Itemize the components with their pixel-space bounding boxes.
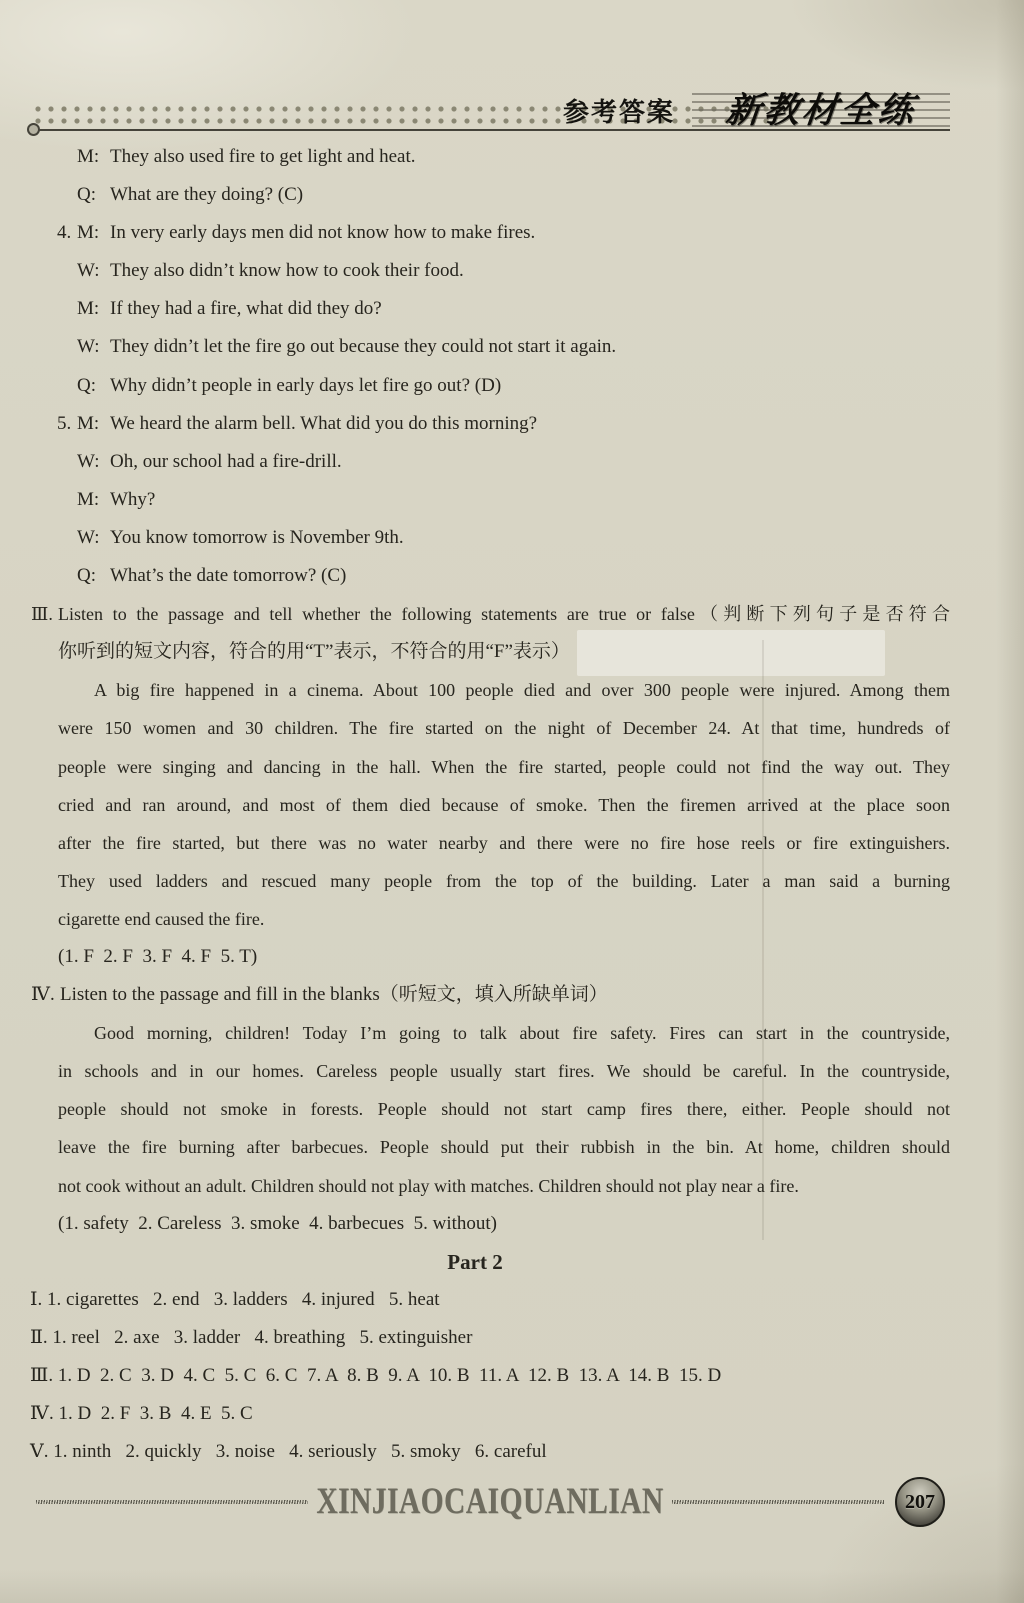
dialogue-text: If they had a fire, what did they do?: [110, 298, 382, 319]
part2-answer-row: Ⅴ. 1. ninth 2. quickly 3. noise 4. serio…: [0, 1433, 1024, 1471]
section4-heading: Ⅳ.Listen to the passage and fill in the …: [0, 976, 1024, 1014]
part2-answer-row: Ⅰ. 1. cigarettes 2. end 3. ladders 4. in…: [0, 1281, 1024, 1319]
section4-roman-numeral: Ⅳ.: [31, 976, 55, 1014]
dialogue-text: We heard the alarm bell. What did you do…: [110, 413, 537, 434]
section4-heading-text: Listen to the passage and fill in the bl…: [60, 984, 608, 1005]
passage-line: not cook without an adult. Children shou…: [0, 1167, 1024, 1205]
passage-line: leave the fire burning after barbecues. …: [0, 1128, 1024, 1166]
section4-answers: (1. safety 2. Careless 3. smoke 4. barbe…: [0, 1205, 1024, 1243]
speaker-label: W:: [77, 328, 100, 366]
footer-brand: XINJIAOCAIQUANLIAN: [310, 1481, 671, 1521]
passage-line: after the fire started, but there was no…: [0, 824, 1024, 862]
answer-key-label: 参考答案: [563, 97, 675, 127]
book-brand-logo: 新教材全练: [692, 93, 950, 133]
passage-line: cried and ran around, and most of them d…: [0, 786, 1024, 824]
section3-answers: (1. F 2. F 3. F 4. F 5. T): [0, 938, 1024, 976]
dialogue-text: Why didn’t people in early days let fire…: [110, 375, 501, 396]
dialogue-text: What’s the date tomorrow? (C): [110, 565, 346, 586]
footer-rule-right: [672, 1500, 884, 1504]
speaker-label: M:: [77, 214, 99, 252]
passage-line: in schools and in our homes. Careless pe…: [0, 1052, 1024, 1090]
footer-rule-left: [36, 1500, 308, 1504]
dialogue-line: M:If they had a fire, what did they do?: [0, 290, 1024, 328]
section3-heading-continued: 你听到的短文内容，符合的用“T”表示，不符合的用“F”表示）: [0, 633, 1024, 671]
dialogue-text: They also used fire to get light and hea…: [110, 146, 416, 167]
part2-answer-row: Ⅳ. 1. D 2. F 3. B 4. E 5. C: [0, 1395, 1024, 1433]
speaker-label: W:: [77, 252, 100, 290]
speaker-label: Q:: [77, 176, 96, 214]
item-number: 4.: [57, 214, 71, 252]
part2-answer-row: Ⅲ. 1. D 2. C 3. D 4. C 5. C 6. C 7. A 8.…: [0, 1357, 1024, 1395]
answer-key-page: 参考答案 新教材全练 M:They also used fire to get …: [0, 0, 1024, 1603]
passage-line: people should not smoke in forests. Peop…: [0, 1090, 1024, 1128]
passage-line: were 150 women and 30 children. The fire…: [0, 709, 1024, 747]
dialogue-line: M:Why?: [0, 481, 1024, 519]
dialogue-line: W:Oh, our school had a fire-drill.: [0, 443, 1024, 481]
dialogue-line: 5.M:We heard the alarm bell. What did yo…: [0, 405, 1024, 443]
part2-answer-row: Ⅱ. 1. reel 2. axe 3. ladder 4. breathing…: [0, 1319, 1024, 1357]
section3-heading-text: Listen to the passage and tell whether t…: [58, 604, 950, 624]
speaker-label: Q:: [77, 557, 96, 595]
part2-title: Part 2: [0, 1243, 1024, 1281]
dialogue-text: Why?: [110, 489, 155, 510]
dialogue-line: Q:Why didn’t people in early days let fi…: [0, 367, 1024, 405]
dialogue-line: Q:What’s the date tomorrow? (C): [0, 557, 1024, 595]
page-number: 207: [905, 1491, 935, 1514]
dialogue-line: 4.M:In very early days men did not know …: [0, 214, 1024, 252]
dialogue-text: In very early days men did not know how …: [110, 222, 535, 243]
dialogue-line: W:They didn’t let the fire go out becaus…: [0, 328, 1024, 366]
page-content: M:They also used fire to get light and h…: [0, 138, 1024, 1471]
page-number-badge: 207: [895, 1477, 945, 1527]
item-number: 5.: [57, 405, 71, 443]
speaker-label: W:: [77, 443, 100, 481]
passage-line: cigarette end caused the fire.: [0, 900, 1024, 938]
speaker-label: M:: [77, 481, 99, 519]
dialogue-line: W:They also didn’t know how to cook thei…: [0, 252, 1024, 290]
dialogue-text: What are they doing? (C): [110, 184, 303, 205]
book-brand-logo-text: 新教材全练: [724, 91, 918, 131]
dialogue-text: They also didn’t know how to cook their …: [110, 260, 464, 281]
passage-line: people were singing and dancing in the h…: [0, 748, 1024, 786]
passage-line: They used ladders and rescued many peopl…: [0, 862, 1024, 900]
speaker-label: Q:: [77, 367, 96, 405]
dialogue-line: W:You know tomorrow is November 9th.: [0, 519, 1024, 557]
dialogue-text: You know tomorrow is November 9th.: [110, 527, 404, 548]
passage-line: A big fire happened in a cinema. About 1…: [0, 671, 1024, 709]
passage-line: Good morning, children! Today I’m going …: [0, 1014, 1024, 1052]
section3-roman-numeral: Ⅲ.: [31, 595, 53, 633]
dialogue-text: They didn’t let the fire go out because …: [110, 336, 616, 357]
speaker-label: W:: [77, 519, 100, 557]
dialogue-text: Oh, our school had a fire-drill.: [110, 451, 342, 472]
speaker-label: M:: [77, 138, 99, 176]
header-rule-knob: [27, 123, 40, 136]
speaker-label: M:: [77, 405, 99, 443]
dialogue-line: Q:What are they doing? (C): [0, 176, 1024, 214]
dialogue-line: M:They also used fire to get light and h…: [0, 138, 1024, 176]
speaker-label: M:: [77, 290, 99, 328]
section3-heading: Ⅲ.Listen to the passage and tell whether…: [0, 595, 1024, 633]
